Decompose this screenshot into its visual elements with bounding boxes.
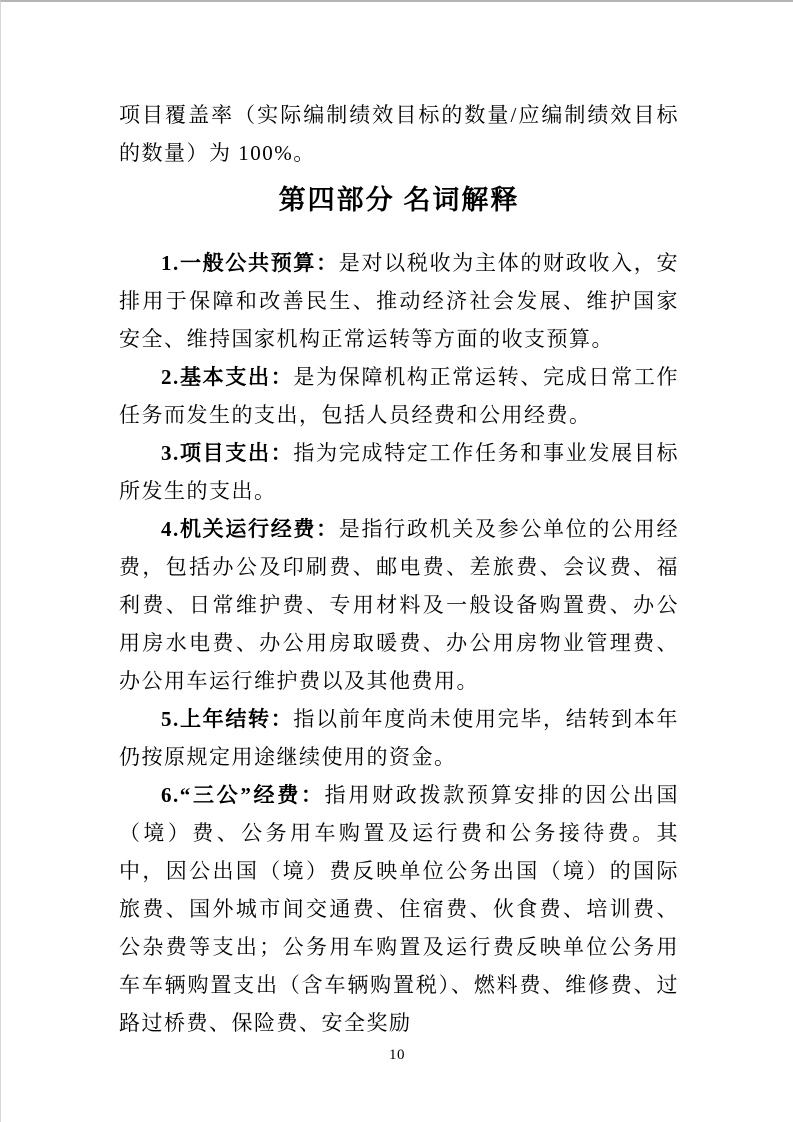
term-label: 6.“三公”经费：	[161, 783, 325, 807]
term-label: 1.一般公共预算：	[161, 251, 339, 275]
term-paragraph: 3.项目支出：指为完成特定工作任务和事业发展目标所发生的支出。	[119, 434, 679, 510]
term-paragraph: 5.上年结转：指以前年度尚未使用完毕，结转到本年仍按原规定用途继续使用的资金。	[119, 700, 679, 776]
term-label: 5.上年结转：	[161, 707, 293, 731]
term-paragraph: 2.基本支出：是为保障机构正常运转、完成日常工作任务而发生的支出，包括人员经费和…	[119, 358, 679, 434]
term-label: 2.基本支出：	[161, 365, 293, 389]
term-label: 3.项目支出：	[161, 441, 293, 465]
term-paragraph: 4.机关运行经费：是指行政机关及参公单位的公用经费，包括办公及印刷费、邮电费、差…	[119, 510, 679, 700]
page-number: 10	[1, 1047, 793, 1064]
document-page: 项目覆盖率（实际编制绩效目标的数量/应编制绩效目标的数量）为 100%。 第四部…	[0, 0, 793, 1122]
term-paragraph: 1.一般公共预算：是对以税收为主体的财政收入，安排用于保障和改善民生、推动经济社…	[119, 244, 679, 358]
section-heading: 第四部分 名词解释	[119, 178, 679, 222]
page-content: 项目覆盖率（实际编制绩效目标的数量/应编制绩效目标的数量）为 100%。 第四部…	[119, 96, 679, 1042]
term-paragraph: 6.“三公”经费：指用财政拨款预算安排的因公出国（境）费、公务用车购置及运行费和…	[119, 776, 679, 1042]
intro-paragraph: 项目覆盖率（实际编制绩效目标的数量/应编制绩效目标的数量）为 100%。	[119, 96, 679, 172]
term-definition: 是指行政机关及参公单位的公用经费，包括办公及印刷费、邮电费、差旅费、会议费、福利…	[119, 517, 679, 693]
term-label: 4.机关运行经费：	[161, 517, 339, 541]
term-definition: 指用财政拨款预算安排的因公出国（境）费、公务用车购置及运行费和公务接待费。其中，…	[119, 783, 679, 1035]
